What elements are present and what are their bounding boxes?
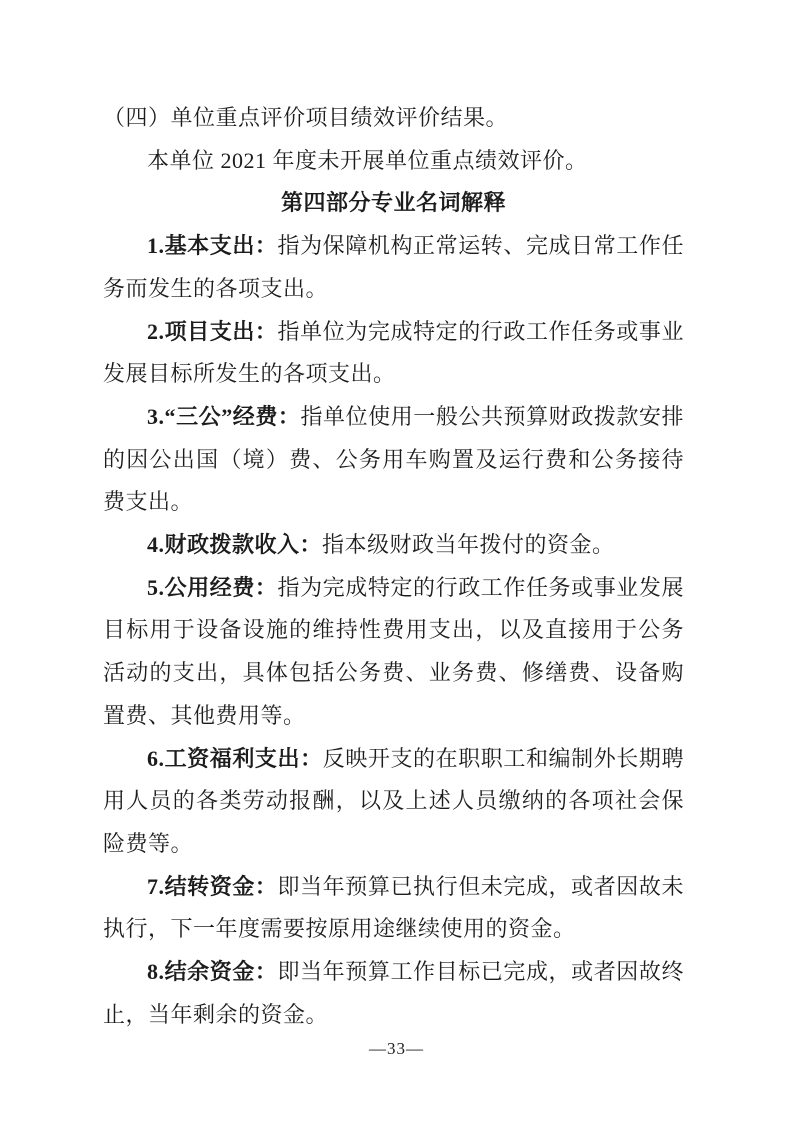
definition-item-6: 6.工资福利支出：反映开支的在职职工和编制外长期聘用人员的各类劳动报酬，以及上述… [103,738,684,866]
definition-text-4: 指本级财政当年拨付的资金。 [322,532,615,557]
page-number: —33— [0,1038,793,1060]
definition-term-7: 7.结转资金： [147,874,278,899]
definition-term-4: 4.财政拨款收入： [147,532,322,557]
definition-term-5: 5.公用经费： [147,575,278,600]
subsection-heading: （四）单位重点评价项目绩效评价结果。 [103,97,684,140]
intro-paragraph: 本单位 2021 年度未开展单位重点绩效评价。 [103,140,684,183]
definition-item-3: 3.“三公”经费：指单位使用一般公共预算财政拨款安排的因公出国（境）费、公务用车… [103,396,684,524]
definition-item-7: 7.结转资金：即当年预算已执行但未完成，或者因故未执行，下一年度需要按原用途继续… [103,866,684,951]
document-page: （四）单位重点评价项目绩效评价结果。 本单位 2021 年度未开展单位重点绩效评… [0,0,793,1122]
section-title: 第四部分专业名词解释 [103,182,684,225]
definition-term-2: 2.项目支出： [147,319,278,344]
definition-term-6: 6.工资福利支出： [147,746,323,771]
document-body: （四）单位重点评价项目绩效评价结果。 本单位 2021 年度未开展单位重点绩效评… [103,97,684,1036]
definition-term-1: 1.基本支出： [147,233,278,258]
definition-item-4: 4.财政拨款收入：指本级财政当年拨付的资金。 [103,524,684,567]
definition-item-1: 1.基本支出：指为保障机构正常运转、完成日常工作任务而发生的各项支出。 [103,225,684,310]
definition-item-5: 5.公用经费：指为完成特定的行政工作任务或事业发展目标用于设备设施的维持性费用支… [103,567,684,738]
definition-term-3: 3.“三公”经费： [147,404,300,429]
definition-term-8: 8.结余资金： [147,959,278,984]
definition-item-2: 2.项目支出：指单位为完成特定的行政工作任务或事业发展目标所发生的各项支出。 [103,311,684,396]
definition-item-8: 8.结余资金：即当年预算工作目标已完成，或者因故终止，当年剩余的资金。 [103,951,684,1036]
